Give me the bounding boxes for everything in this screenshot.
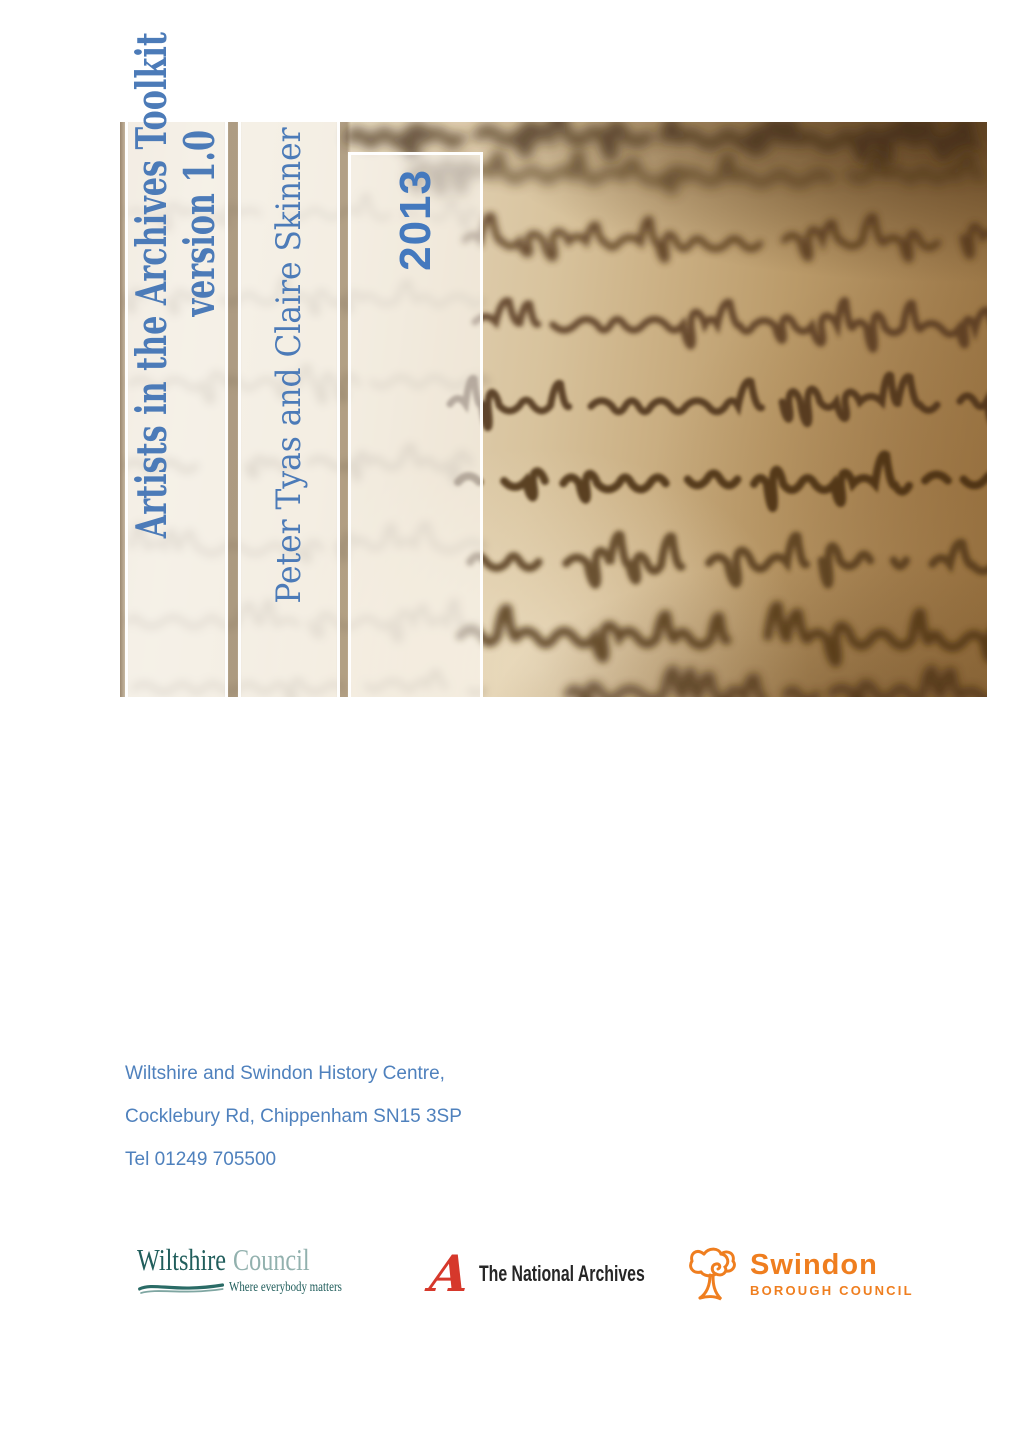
address-line-2: Cocklebury Rd, Chippenham SN15 3SP: [125, 1104, 462, 1129]
authors-panel: Peter Tyas and Claire Skinner: [238, 122, 340, 836]
address-block: Wiltshire and Swindon History Centre, Co…: [125, 1061, 462, 1190]
national-archives-logo: A The National Archives: [430, 1249, 709, 1299]
national-archives-monogram-icon: A: [427, 1249, 471, 1299]
address-line-3: Tel 01249 705500: [125, 1147, 462, 1172]
title-panel: Artists in the Archives Toolkit version …: [125, 122, 228, 836]
title-line-2: version 1.0: [176, 130, 224, 538]
national-archives-label: The National Archives: [479, 1261, 645, 1287]
wave-swoosh-icon: [137, 1281, 224, 1295]
swindon-wordmark: Swindon BOROUGH COUNCIL: [750, 1245, 914, 1298]
wiltshire-council-wordmark: WiltshireCouncil: [137, 1243, 342, 1277]
wiltshire-tagline: Where everybody matters: [229, 1280, 342, 1296]
authors-text: Peter Tyas and Claire Skinner: [241, 127, 337, 603]
wiltshire-council-logo: WiltshireCouncil Where everybody matters: [137, 1243, 342, 1296]
cover-title: Artists in the Archives Toolkit version …: [128, 122, 225, 697]
swindon-borough-council-logo: Swindon BOROUGH COUNCIL: [688, 1245, 914, 1303]
address-line-1: Wiltshire and Swindon History Centre,: [125, 1061, 462, 1086]
council-text: Council: [233, 1242, 310, 1277]
wiltshire-text: Wiltshire: [137, 1242, 226, 1277]
title-line-1: Artists in the Archives Toolkit: [128, 130, 176, 538]
tree-icon: [688, 1245, 738, 1303]
borough-council-text: BOROUGH COUNCIL: [750, 1283, 914, 1298]
cover-year: 2013: [351, 155, 480, 697]
cover-authors: Peter Tyas and Claire Skinner: [241, 122, 337, 697]
year-panel: 2013: [348, 152, 483, 866]
document-cover-page: Artists in the Archives Toolkit version …: [0, 0, 1020, 1443]
swindon-text: Swindon: [750, 1250, 914, 1280]
